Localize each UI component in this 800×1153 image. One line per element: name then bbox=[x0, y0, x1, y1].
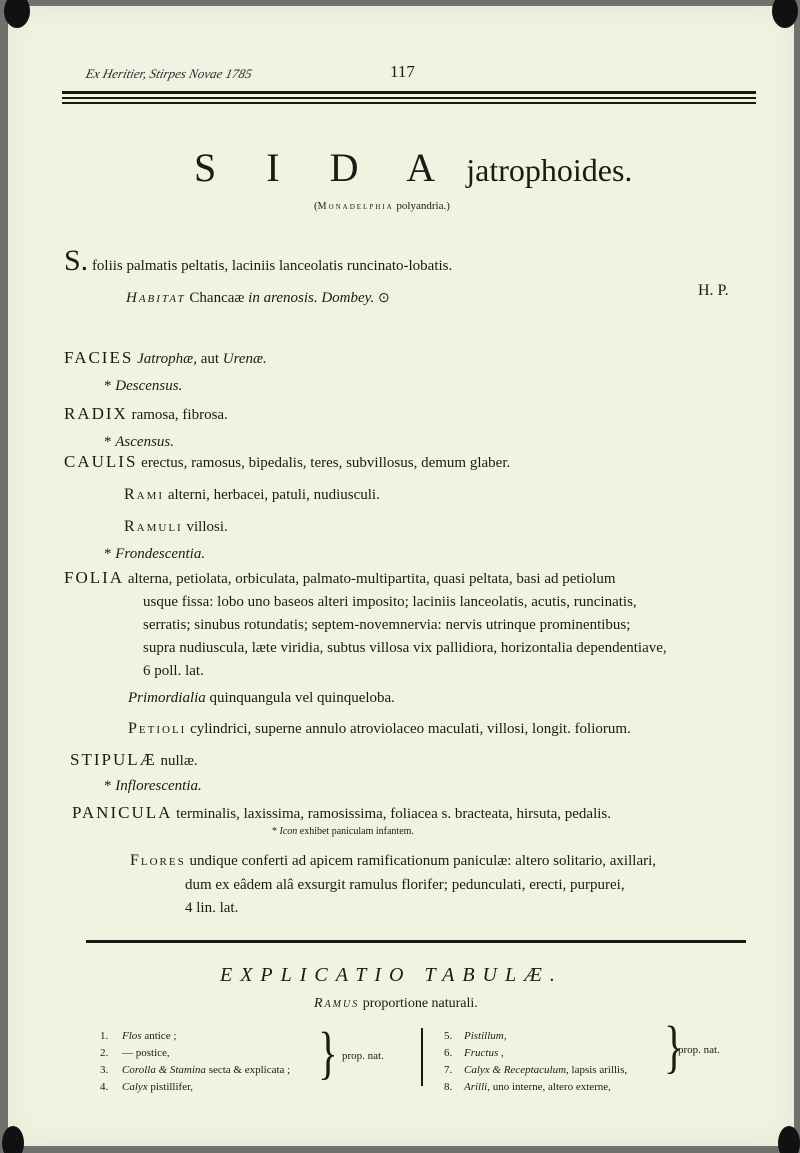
header-rule bbox=[62, 91, 756, 94]
flores-label-line: Flores undique conferti ad apicem ramifi… bbox=[130, 852, 656, 870]
bracket-note-left: prop. nat. bbox=[342, 1050, 384, 1062]
explanation-item: 6.Fructus , bbox=[444, 1045, 627, 1062]
species-name: jatrophoides. bbox=[466, 152, 632, 188]
header-rule bbox=[62, 102, 756, 104]
petioli: Petioli cylindrici, superne annulo atrov… bbox=[128, 720, 631, 738]
section-descensus: * Descensus. bbox=[104, 378, 182, 395]
explanation-item: 1.Flos antice ; bbox=[100, 1028, 290, 1045]
primordialia: Primordialia quinquangula vel quinquelob… bbox=[128, 690, 395, 707]
section-ascensus: * Ascensus. bbox=[104, 434, 174, 451]
explanation-item: 3.Corolla & Stamina secta & explicata ; bbox=[100, 1062, 290, 1079]
rami: Rami alterni, herbacei, patuli, nudiuscu… bbox=[124, 486, 380, 504]
habitat: Habitat Chancaæ in arenosis. Dombey. ⊙ bbox=[126, 290, 390, 307]
radix: RADIX ramosa, fibrosa. bbox=[64, 404, 228, 424]
flores-continuation: dum ex eâdem alâ exsurgit ramulus florif… bbox=[185, 874, 755, 920]
panicula: PANICULA terminalis, laxissima, ramosiss… bbox=[72, 803, 611, 823]
page-title: S I D A jatrophoides. bbox=[194, 144, 632, 191]
explanation-list-right: 5.Pistillum, 6.Fructus , 7.Calyx & Recep… bbox=[444, 1028, 627, 1096]
handwritten-note: Ex Heritier, Stirpes Novae 1785 bbox=[84, 66, 253, 82]
botanical-page: Ex Heritier, Stirpes Novae 1785 117 S I … bbox=[8, 6, 794, 1146]
mounting-pin bbox=[2, 1126, 24, 1153]
diagnosis-initial: S. bbox=[64, 244, 88, 277]
diagnosis-text: foliis palmatis peltatis, laciniis lance… bbox=[92, 258, 452, 274]
habitat-label: Habitat bbox=[126, 290, 186, 306]
explanation-list-left: 1.Flos antice ; 2.— postice, 3.Corolla &… bbox=[100, 1028, 290, 1096]
folia-label-line: FOLIA alterna, petiolata, orbiculata, pa… bbox=[64, 568, 616, 588]
folia-continuation: usque fissa: lobo uno baseos alteri impo… bbox=[143, 591, 755, 683]
facies: FACIES Jatrophæ, aut Urenæ. bbox=[64, 348, 267, 368]
classification: (Monadelphia polyandria.) bbox=[314, 200, 450, 212]
section-frondescentia: * Frondescentia. bbox=[104, 546, 205, 563]
caulis: CAULIS erectus, ramosus, bipedalis, tere… bbox=[64, 452, 510, 472]
genus-name: S I D A bbox=[194, 145, 455, 190]
header-rule bbox=[62, 97, 756, 99]
explanation-item: 4.Calyx pistillifer, bbox=[100, 1079, 290, 1096]
section-inflorescentia: * Inflorescentia. bbox=[104, 778, 202, 795]
explanation-item: 7.Calyx & Receptaculum, lapsis arillis, bbox=[444, 1062, 627, 1079]
annual-symbol-icon: ⊙ bbox=[378, 291, 390, 306]
mounting-pin bbox=[4, 0, 30, 28]
explanation-item: 5.Pistillum, bbox=[444, 1028, 627, 1045]
brace-icon: } bbox=[318, 1024, 337, 1082]
explanation-item: 2.— postice, bbox=[100, 1045, 290, 1062]
ramuli: Ramuli villosi. bbox=[124, 518, 228, 536]
explanation-item: 8.Arilli, uno interne, altero externe, bbox=[444, 1079, 627, 1096]
page-number: 117 bbox=[390, 62, 415, 82]
bracket-note-right: prop. nat. bbox=[678, 1044, 720, 1056]
ramus-line: Ramus proportione naturali. bbox=[314, 996, 478, 1012]
explicatio-heading: EXPLICATIO TABULÆ. bbox=[220, 964, 563, 987]
column-divider bbox=[421, 1028, 423, 1086]
hortus-parisiensis-mark: H. P. bbox=[698, 282, 729, 300]
stipulae: STIPULÆ nullæ. bbox=[70, 750, 198, 770]
section-divider bbox=[86, 940, 746, 943]
diagnosis: S. foliis palmatis peltatis, laciniis la… bbox=[64, 244, 452, 278]
mounting-pin bbox=[778, 1126, 800, 1153]
mounting-pin bbox=[772, 0, 798, 28]
icon-note: * Icon exhibet paniculam infantem. bbox=[272, 826, 414, 837]
